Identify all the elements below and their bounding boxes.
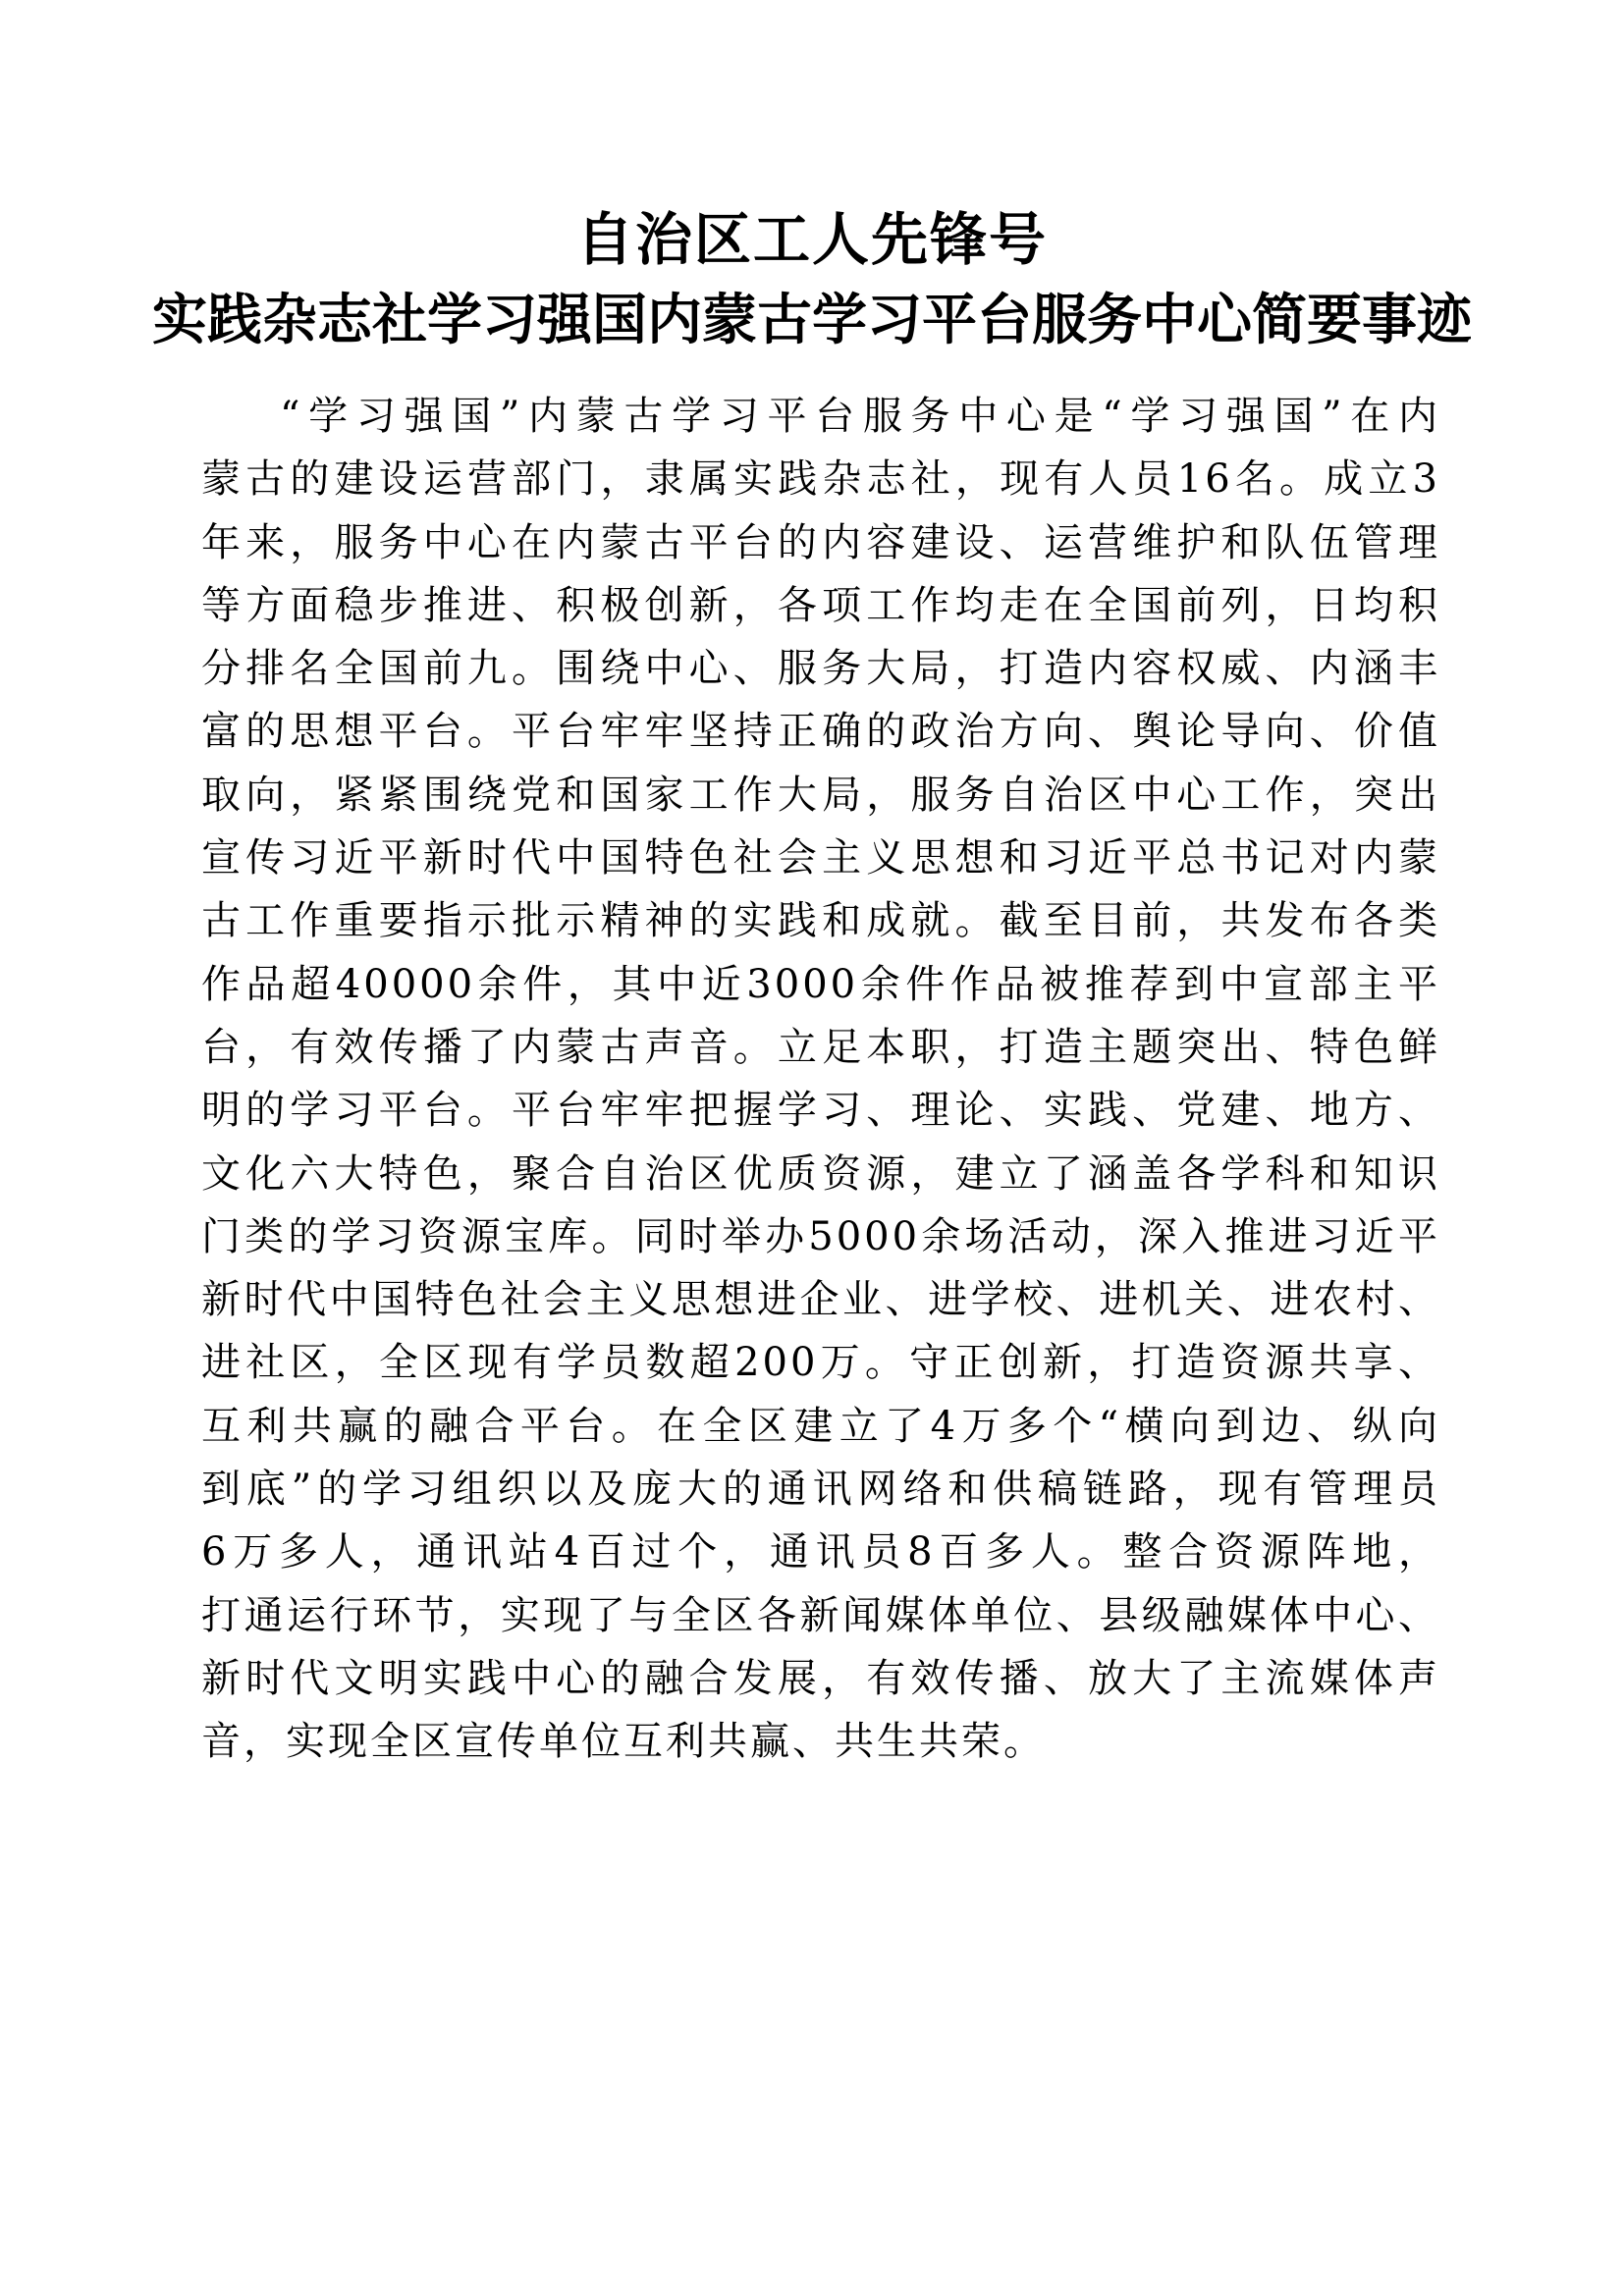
body-line: 文化六大特色，聚合自治区优质资源，建立了涵盖各学科和知识 — [201, 1143, 1440, 1205]
document-title-line-2: 实践杂志社学习强国内蒙古学习平台服务中心简要事迹 — [0, 285, 1624, 355]
body-line: 分排名全国前九。围绕中心、服务大局，打造内容权威、内涵丰 — [201, 637, 1440, 700]
document-title-line-1: 自治区工人先锋号 — [0, 204, 1624, 275]
body-line: 台，有效传播了内蒙古声音。立足本职，打造主题突出、特色鲜 — [201, 1016, 1440, 1079]
body-line: 进社区，全区现有学员数超200万。守正创新，打造资源共享、 — [201, 1331, 1440, 1394]
body-line: 古工作重要指示批示精神的实践和成就。截至目前，共发布各类 — [201, 889, 1440, 952]
body-line: 互利共赢的融合平台。在全区建立了4万多个“横向到边、纵向 — [201, 1395, 1440, 1458]
body-line: 作品超40000余件，其中近3000余件作品被推荐到中宣部主平 — [201, 953, 1440, 1016]
body-line: 打通运行环节，实现了与全区各新闻媒体单位、县级融媒体中心、 — [201, 1584, 1440, 1647]
body-line: 取向，紧紧围绕党和国家工作大局，服务自治区中心工作，突出 — [201, 764, 1440, 827]
body-line: 年来，服务中心在内蒙古平台的内容建设、运营维护和队伍管理 — [201, 511, 1440, 574]
body-line: 6万多人，通讯站4百过个，通讯员8百多人。整合资源阵地， — [201, 1521, 1440, 1583]
body-line: 明的学习平台。平台牢牢把握学习、理论、实践、党建、地方、 — [201, 1079, 1440, 1142]
body-line: 富的思想平台。平台牢牢坚持正确的政治方向、舆论导向、价值 — [201, 700, 1440, 763]
body-line: 门类的学习资源宝库。同时举办5000余场活动，深入推进习近平 — [201, 1205, 1440, 1268]
body-line: 等方面稳步推进、积极创新，各项工作均走在全国前列，日均积 — [201, 574, 1440, 637]
body-line: 新时代中国特色社会主义思想进企业、进学校、进机关、进农村、 — [201, 1268, 1440, 1331]
body-line: “学习强国”内蒙古学习平台服务中心是“学习强国”在内 — [201, 385, 1440, 448]
document-page: 自治区工人先锋号 实践杂志社学习强国内蒙古学习平台服务中心简要事迹 “学习强国”… — [0, 0, 1624, 2296]
document-body: “学习强国”内蒙古学习平台服务中心是“学习强国”在内 蒙古的建设运营部门，隶属实… — [201, 385, 1440, 1774]
body-line: 宣传习近平新时代中国特色社会主义思想和习近平总书记对内蒙 — [201, 827, 1440, 889]
body-line: 新时代文明实践中心的融合发展，有效传播、放大了主流媒体声 — [201, 1647, 1440, 1710]
body-line: 到底”的学习组织以及庞大的通讯网络和供稿链路，现有管理员 — [201, 1458, 1440, 1521]
body-line: 音，实现全区宣传单位互利共赢、共生共荣。 — [201, 1710, 1440, 1773]
body-line: 蒙古的建设运营部门，隶属实践杂志社，现有人员16名。成立3 — [201, 448, 1440, 510]
